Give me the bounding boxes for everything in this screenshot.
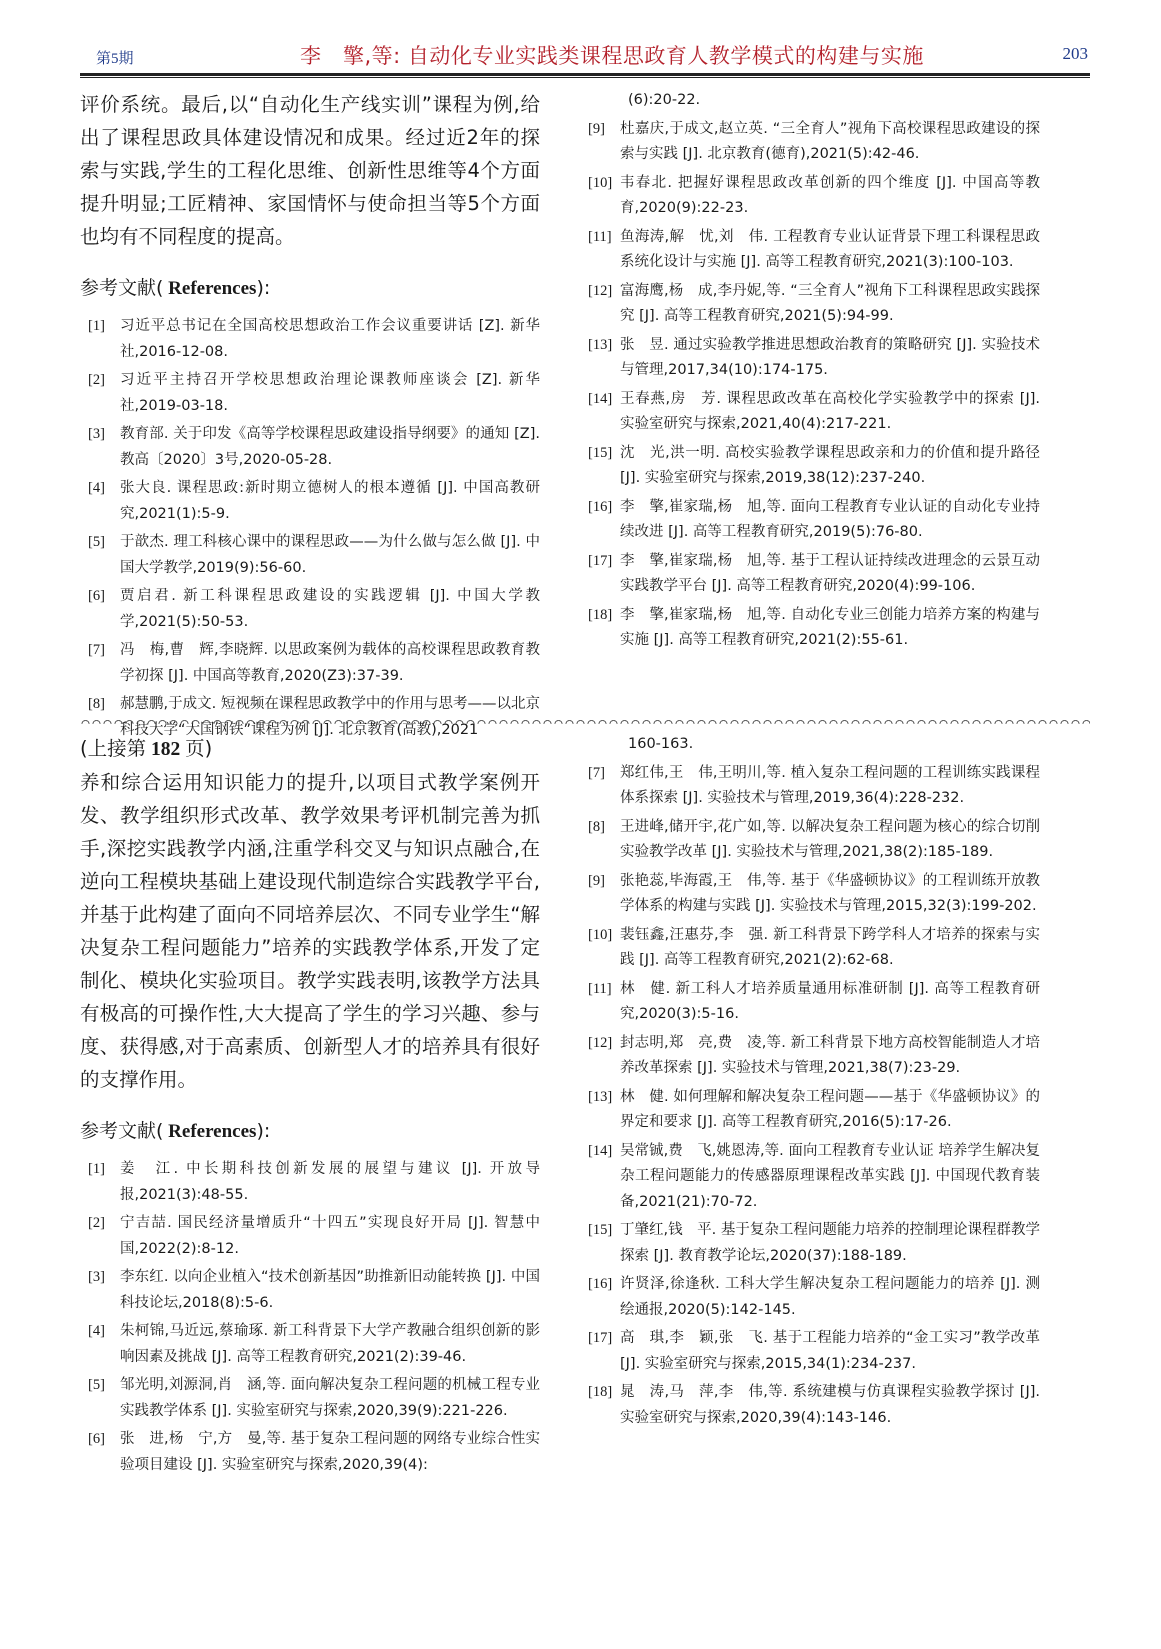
reference-text: 王进峰,储开宇,花广如,等. 以解决复杂工程问题为核心的综合切削实验教学改革 [… [620,815,1040,866]
reference-item: [6]张 进,杨 宁,方 曼,等. 基于复杂工程问题的网络专业综合性实验项目建设… [80,1427,540,1478]
reference-number: [2] [80,1211,120,1262]
reference-text: 裴钰鑫,汪惠芬,李 强. 新工科背景下跨学科人才培养的探索与实践 [J]. 高等… [620,923,1040,974]
reference-number: [16] [580,495,620,546]
top-left-column: 评价系统。最后,以“自动化生产线实训”课程为例,给出了课程思政具体建设情况和成果… [80,88,540,746]
running-header: 第5期 李 擎,等: 自动化专业实践类课程思政育人教学模式的构建与实施 203 [80,38,1080,74]
reference-number: [15] [580,441,620,492]
top-right-column: (6):20-22. [9]杜嘉庆,于成文,赵立英. “三全育人”视角下高校课程… [580,88,1040,657]
reference-number: [18] [580,1380,620,1431]
reference-number: [1] [80,1157,120,1208]
reference-item: [14]吴常铖,费 飞,姚恩涛,等. 面向工程教育专业认证 培养学生解决复杂工程… [580,1139,1040,1216]
reference-text: 郑红伟,王 伟,王明川,等. 植入复杂工程问题的工程训练实践课程体系探索 [J]… [620,761,1040,812]
reference-item: [1]习近平总书记在全国高校思想政治工作会议重要讲话 [Z]. 新华社,2016… [80,314,540,365]
reference-text: 张 进,杨 宁,方 曼,等. 基于复杂工程问题的网络专业综合性实验项目建设 [J… [120,1427,540,1478]
reference-number: [6] [80,584,120,635]
reference-item: [12]封志明,郑 亮,费 凌,等. 新工科背景下地方高校智能制造人才培养改革探… [580,1031,1040,1082]
reference-text: 于歆杰. 理工科核心课中的课程思政——为什么做与怎么做 [J]. 中国大学教学,… [120,530,540,581]
ref-heading-cn: 参考文献( [80,277,163,299]
reference-text: 朱柯锦,马近远,蔡瑜琢. 新工科背景下大学产教融合组织创新的影响因素及挑战 [J… [120,1319,540,1370]
reference-item: [18]晁 涛,马 萍,李 伟,等. 系统建模与仿真课程实验教学探讨 [J]. … [580,1380,1040,1431]
conclusion-paragraph: 养和综合运用知识能力的提升,以项目式教学案例开发、教学组织形式改革、教学效果考评… [80,766,540,1096]
reference-text: 李东红. 以向企业植入“技术创新基因”助推新旧动能转换 [J]. 中国科技论坛,… [120,1265,540,1316]
reference-text: 习近平总书记在全国高校思想政治工作会议重要讲话 [Z]. 新华社,2016-12… [120,314,540,365]
reference-text: 沈 光,洪一明. 高校实验教学课程思政亲和力的价值和提升路径 [J]. 实验室研… [620,441,1040,492]
reference-item: [8]王进峰,储开宇,花广如,等. 以解决复杂工程问题为核心的综合切削实验教学改… [580,815,1040,866]
reference-item: [11]鱼海涛,解 忧,刘 伟. 工程教育专业认证背景下理工科课程思政系统化设计… [580,225,1040,276]
reference-text: 宁吉喆. 国民经济量增质升“十四五”实现良好开局 [J]. 智慧中国,2022(… [120,1211,540,1262]
reference-text: 李 擎,崔家瑞,杨 旭,等. 基于工程认证持续改进理念的云景互动实践教学平台 [… [620,549,1040,600]
reference-number: [1] [80,314,120,365]
running-title: 李 擎,等: 自动化专业实践类课程思政育人教学模式的构建与实施 [300,40,924,70]
section-divider [80,714,1090,724]
reference-number: [10] [580,171,620,222]
reference-item: [13]林 健. 如何理解和解决复杂工程问题——基于《华盛顿协议》的界定和要求 … [580,1085,1040,1136]
issue-label: 第5期 [96,47,134,68]
reference-text: 韦春北. 把握好课程思政改革创新的四个维度 [J]. 中国高等教育,2020(9… [620,171,1040,222]
ref-heading-end: ): [256,277,270,299]
reference-item: [10]韦春北. 把握好课程思政改革创新的四个维度 [J]. 中国高等教育,20… [580,171,1040,222]
reference-text: 林 健. 新工科人才培养质量通用标准研制 [J]. 高等工程教育研究,2020(… [620,977,1040,1028]
reference-number: [7] [80,638,120,689]
reference-item: [16]李 擎,崔家瑞,杨 旭,等. 面向工程教育专业认证的自动化专业持续改进 … [580,495,1040,546]
reference-item: [13]张 昱. 通过实验教学推进思想政治教育的策略研究 [J]. 实验技术与管… [580,333,1040,384]
reference-list: [7]郑红伟,王 伟,王明川,等. 植入复杂工程问题的工程训练实践课程体系探索 … [580,761,1040,1432]
reference-text: 富海鹰,杨 成,李丹妮,等. “三全育人”视角下工科课程思政实践探究 [J]. … [620,279,1040,330]
reference-number: [11] [580,225,620,276]
reference-item: [3]教育部. 关于印发《高等学校课程思政建设指导纲要》的通知 [Z]. 教高〔… [80,422,540,473]
reference-item: [7]冯 梅,曹 辉,李晓辉. 以思政案例为载体的高校课程思政教育教学初探 [J… [80,638,540,689]
ref-heading-en: References [163,278,256,299]
reference-item: [15]沈 光,洪一明. 高校实验教学课程思政亲和力的价值和提升路径 [J]. … [580,441,1040,492]
reference-text: 李 擎,崔家瑞,杨 旭,等. 面向工程教育专业认证的自动化专业持续改进 [J].… [620,495,1040,546]
continued-page: 182 [146,739,185,760]
reference-item: [1]姜 江. 中长期科技创新发展的展望与建议 [J]. 开放导报,2021(3… [80,1157,540,1208]
reference-item: [17]李 擎,崔家瑞,杨 旭,等. 基于工程认证持续改进理念的云景互动实践教学… [580,549,1040,600]
reference-number: [13] [580,1085,620,1136]
reference-text: 教育部. 关于印发《高等学校课程思政建设指导纲要》的通知 [Z]. 教高〔202… [120,422,540,473]
reference-number: [12] [580,279,620,330]
reference-item: [9]杜嘉庆,于成文,赵立英. “三全育人”视角下高校课程思政建设的探索与实践 … [580,117,1040,168]
reference-number: [9] [580,869,620,920]
reference-item: [6]贾启君. 新工科课程思政建设的实践逻辑 [J]. 中国大学教学,2021(… [80,584,540,635]
reference-number: [3] [80,1265,120,1316]
conclusion-paragraph: 评价系统。最后,以“自动化生产线实训”课程为例,给出了课程思政具体建设情况和成果… [80,88,540,253]
reference-number: [10] [580,923,620,974]
header-rule [80,73,1090,76]
reference-text: 张 昱. 通过实验教学推进思想政治教育的策略研究 [J]. 实验技术与管理,20… [620,333,1040,384]
continued-from-note: (上接第 182 页) [80,732,540,766]
reference-continuation: 160-163. [580,732,1040,758]
reference-item: [18]李 擎,崔家瑞,杨 旭,等. 自动化专业三创能力培养方案的构建与实施 [… [580,603,1040,654]
reference-text: 高 琪,李 颖,张 飞. 基于工程能力培养的“金工实习”教学改革 [J]. 实验… [620,1326,1040,1377]
reference-number: [17] [580,549,620,600]
reference-number: [8] [580,815,620,866]
reference-text: 邹光明,刘源洞,肖 涵,等. 面向解决复杂工程问题的机械工程专业实践教学体系 [… [120,1373,540,1424]
reference-text: 李 擎,崔家瑞,杨 旭,等. 自动化专业三创能力培养方案的构建与实施 [J]. … [620,603,1040,654]
reference-text: 习近平主持召开学校思想政治理论课教师座谈会 [Z]. 新华社,2019-03-1… [120,368,540,419]
reference-item: [12]富海鹰,杨 成,李丹妮,等. “三全育人”视角下工科课程思政实践探究 [… [580,279,1040,330]
reference-continuation: (6):20-22. [580,88,1040,114]
reference-number: [9] [580,117,620,168]
reference-number: [11] [580,977,620,1028]
reference-item: [10]裴钰鑫,汪惠芬,李 强. 新工科背景下跨学科人才培养的探索与实践 [J]… [580,923,1040,974]
continued-label-b: 页) [185,737,212,760]
reference-text: 杜嘉庆,于成文,赵立英. “三全育人”视角下高校课程思政建设的探索与实践 [J]… [620,117,1040,168]
reference-number: [13] [580,333,620,384]
reference-text: 林 健. 如何理解和解决复杂工程问题——基于《华盛顿协议》的界定和要求 [J].… [620,1085,1040,1136]
reference-text: 王春燕,房 芳. 课程思政改革在高校化学实验教学中的探索 [J]. 实验室研究与… [620,387,1040,438]
reference-number: [12] [580,1031,620,1082]
reference-number: [5] [80,1373,120,1424]
reference-number: [17] [580,1326,620,1377]
reference-text: 冯 梅,曹 辉,李晓辉. 以思政案例为载体的高校课程思政教育教学初探 [J]. … [120,638,540,689]
ref-heading-cn: 参考文献( [80,1120,163,1142]
reference-item: [5]于歆杰. 理工科核心课中的课程思政——为什么做与怎么做 [J]. 中国大学… [80,530,540,581]
continued-label-a: (上接第 [80,737,146,760]
page-number: 203 [1063,44,1089,64]
reference-item: [2]习近平主持召开学校思想政治理论课教师座谈会 [Z]. 新华社,2019-0… [80,368,540,419]
reference-text: 许贤泽,徐逢秋. 工科大学生解决复杂工程问题能力的培养 [J]. 测绘通报,20… [620,1272,1040,1323]
reference-number: [14] [580,387,620,438]
reference-list: [9]杜嘉庆,于成文,赵立英. “三全育人”视角下高校课程思政建设的探索与实践 … [580,117,1040,654]
reference-number: [5] [80,530,120,581]
reference-text: 贾启君. 新工科课程思政建设的实践逻辑 [J]. 中国大学教学,2021(5):… [120,584,540,635]
reference-item: [3]李东红. 以向企业植入“技术创新基因”助推新旧动能转换 [J]. 中国科技… [80,1265,540,1316]
ref-heading-en: References [163,1121,256,1142]
reference-item: [17]高 琪,李 颖,张 飞. 基于工程能力培养的“金工实习”教学改革 [J]… [580,1326,1040,1377]
ref-heading-end: ): [256,1120,270,1142]
reference-list: [1]姜 江. 中长期科技创新发展的展望与建议 [J]. 开放导报,2021(3… [80,1157,540,1478]
reference-item: [4]张大良. 课程思政:新时期立德树人的根本遵循 [J]. 中国高教研究,20… [80,476,540,527]
reference-text: 吴常铖,费 飞,姚恩涛,等. 面向工程教育专业认证 培养学生解决复杂工程问题能力… [620,1139,1040,1216]
reference-text: 张大良. 课程思政:新时期立德树人的根本遵循 [J]. 中国高教研究,2021(… [120,476,540,527]
reference-number: [18] [580,603,620,654]
references-heading: 参考文献( References): [80,273,540,300]
reference-number: [14] [580,1139,620,1216]
reference-number: [3] [80,422,120,473]
reference-text: 张艳蕊,毕海霞,王 伟,等. 基于《华盛顿协议》的工程训练开放教学体系的构建与实… [620,869,1040,920]
reference-list: [1]习近平总书记在全国高校思想政治工作会议重要讲话 [Z]. 新华社,2016… [80,314,540,743]
reference-item: [14]王春燕,房 芳. 课程思政改革在高校化学实验教学中的探索 [J]. 实验… [580,387,1040,438]
reference-number: [16] [580,1272,620,1323]
reference-item: [9]张艳蕊,毕海霞,王 伟,等. 基于《华盛顿协议》的工程训练开放教学体系的构… [580,869,1040,920]
reference-item: [16]许贤泽,徐逢秋. 工科大学生解决复杂工程问题能力的培养 [J]. 测绘通… [580,1272,1040,1323]
references-heading: 参考文献( References): [80,1116,540,1143]
reference-number: [6] [80,1427,120,1478]
reference-item: [4]朱柯锦,马近远,蔡瑜琢. 新工科背景下大学产教融合组织创新的影响因素及挑战… [80,1319,540,1370]
reference-item: [2]宁吉喆. 国民经济量增质升“十四五”实现良好开局 [J]. 智慧中国,20… [80,1211,540,1262]
reference-text: 鱼海涛,解 忧,刘 伟. 工程教育专业认证背景下理工科课程思政系统化设计与实施 … [620,225,1040,276]
reference-number: [7] [580,761,620,812]
reference-number: [15] [580,1218,620,1269]
reference-text: 丁肇红,钱 平. 基于复杂工程问题能力培养的控制理论课程群教学探索 [J]. 教… [620,1218,1040,1269]
bottom-left-column: (上接第 182 页) 养和综合运用知识能力的提升,以项目式教学案例开发、教学组… [80,732,540,1481]
reference-text: 晁 涛,马 萍,李 伟,等. 系统建模与仿真课程实验教学探讨 [J]. 实验室研… [620,1380,1040,1431]
bottom-right-column: 160-163. [7]郑红伟,王 伟,王明川,等. 植入复杂工程问题的工程训练… [580,732,1040,1434]
reference-number: [2] [80,368,120,419]
reference-text: 姜 江. 中长期科技创新发展的展望与建议 [J]. 开放导报,2021(3):4… [120,1157,540,1208]
reference-item: [11]林 健. 新工科人才培养质量通用标准研制 [J]. 高等工程教育研究,2… [580,977,1040,1028]
reference-number: [4] [80,476,120,527]
reference-text: 封志明,郑 亮,费 凌,等. 新工科背景下地方高校智能制造人才培养改革探索 [J… [620,1031,1040,1082]
header-rule-thin [80,77,1090,78]
reference-number: [4] [80,1319,120,1370]
reference-item: [15]丁肇红,钱 平. 基于复杂工程问题能力培养的控制理论课程群教学探索 [J… [580,1218,1040,1269]
reference-item: [7]郑红伟,王 伟,王明川,等. 植入复杂工程问题的工程训练实践课程体系探索 … [580,761,1040,812]
reference-item: [5]邹光明,刘源洞,肖 涵,等. 面向解决复杂工程问题的机械工程专业实践教学体… [80,1373,540,1424]
